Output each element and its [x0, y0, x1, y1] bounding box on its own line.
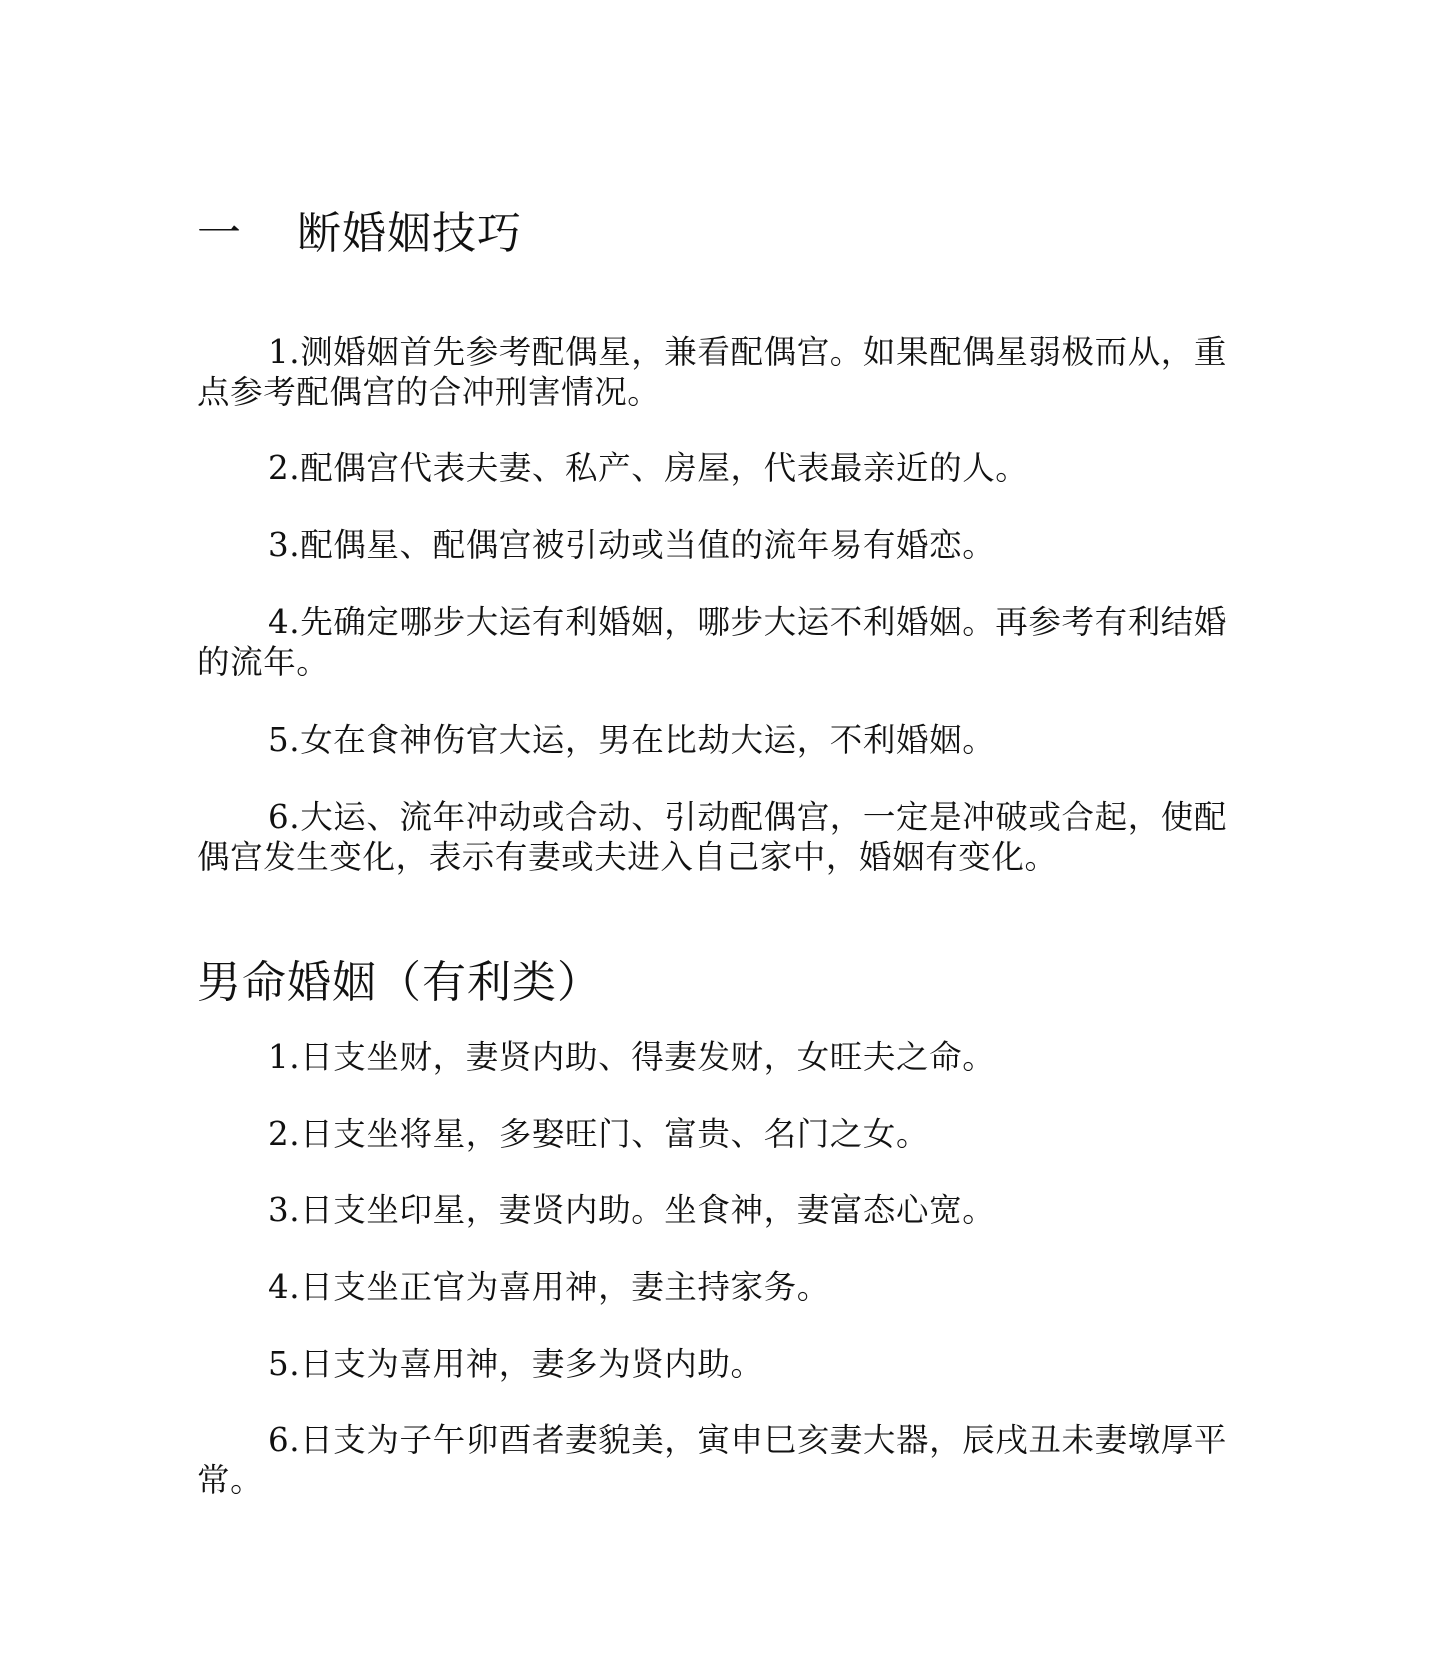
paragraph: 6.日支为子午卯酉者妻貌美，寅申巳亥妻大器，辰戌丑未妻墩厚平常。 — [197, 1420, 1227, 1500]
paragraph: 3.日支坐印星，妻贤内助。坐食神，妻富态心宽。 — [197, 1190, 1227, 1230]
paragraph: 6.大运、流年冲动或合动、引动配偶宫，一定是冲破或合起，使配偶宫发生变化，表示有… — [197, 797, 1227, 877]
paragraph: 1.测婚姻首先参考配偶星，兼看配偶宫。如果配偶星弱极而从，重点参考配偶宫的合冲刑… — [197, 332, 1227, 412]
paragraph: 2.日支坐将星，多娶旺门、富贵、名门之女。 — [197, 1114, 1227, 1154]
paragraph: 2.配偶宫代表夫妻、私产、房屋，代表最亲近的人。 — [197, 448, 1227, 488]
section-title: 断婚姻技巧 — [297, 208, 522, 259]
section-heading-1: 一断婚姻技巧 — [197, 204, 522, 264]
section-number: 一 — [197, 204, 297, 264]
paragraph: 5.日支为喜用神，妻多为贤内助。 — [197, 1344, 1227, 1384]
paragraph: 3.配偶星、配偶宫被引动或当值的流年易有婚恋。 — [197, 525, 1227, 565]
paragraph: 5.女在食神伤官大运，男在比劫大运，不利婚姻。 — [197, 720, 1227, 760]
section-heading-2: 男命婚姻（有利类） — [197, 953, 602, 1013]
paragraph: 4.先确定哪步大运有利婚姻，哪步大运不利婚姻。再参考有利结婚的流年。 — [197, 602, 1227, 682]
paragraph: 1.日支坐财，妻贤内助、得妻发财，女旺夫之命。 — [197, 1037, 1227, 1077]
paragraph: 4.日支坐正官为喜用神，妻主持家务。 — [197, 1267, 1227, 1307]
